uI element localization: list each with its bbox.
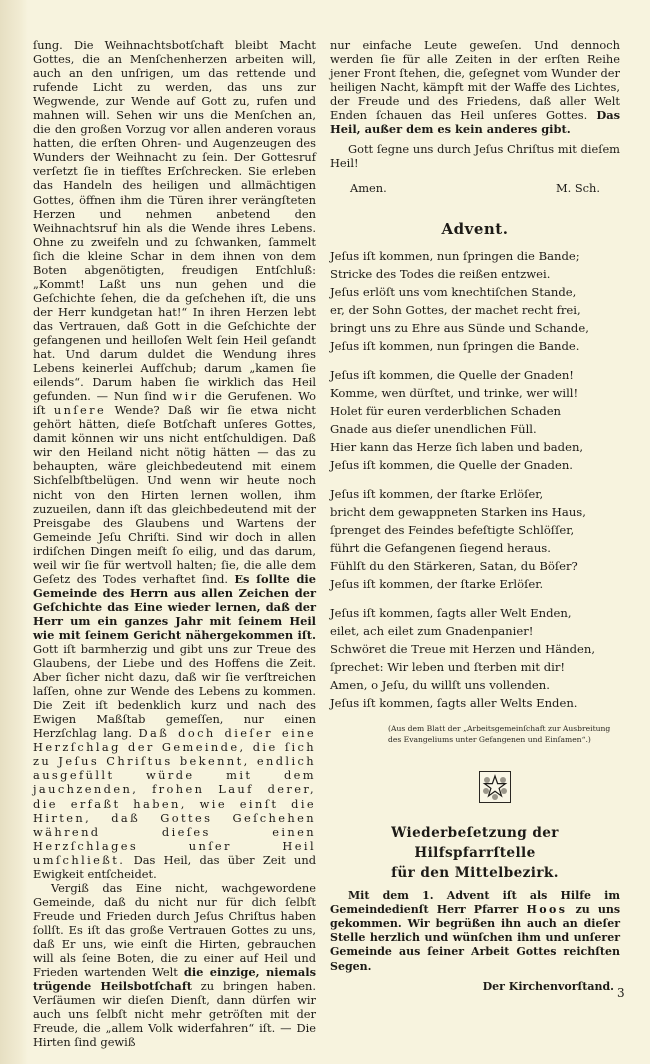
poem-line: ſprechet: Wir leben und ſterben mit dir!	[330, 658, 620, 676]
poem-stanza: Jeſus iſt kommen, ſagts aller Welt Enden…	[330, 604, 620, 712]
poem-stanza: Jeſus iſt kommen, der ſtarke Erlöſer, br…	[330, 485, 620, 593]
notice-title: Wiederbeſetzung der Hilfspfarrſtelle für…	[330, 823, 620, 883]
sermon-continuation: nur einfache Leute geweſen. Und dennoch …	[330, 38, 620, 136]
source-line: des Evangeliums unter Gefangenen und Ein…	[388, 734, 620, 745]
text-run: nur einfache Leute geweſen. Und dennoch …	[330, 38, 620, 122]
poem-line: Amen, o Jeſu, du willſt uns vollenden.	[330, 676, 620, 694]
spaced-emphasis: wir	[173, 389, 199, 403]
poem-line: Komme, wen dürſtet, und trinke, wer will…	[330, 384, 620, 402]
poem-line: Jeſus iſt kommen, der ſtarke Erlöſer.	[330, 575, 620, 593]
poem-stanza: Jeſus iſt kommen, nun ſpringen die Bande…	[330, 247, 620, 355]
star-emblem-icon	[479, 771, 511, 803]
poem-line: Jeſus iſt kommen, der ſtarke Erlöſer,	[330, 485, 620, 503]
poem-line: Jeſus iſt kommen, nun ſpringen die Bande…	[330, 337, 620, 355]
poem-line: führt die Gefangenen ſiegend heraus.	[330, 539, 620, 557]
poem-title: Advent.	[330, 222, 620, 236]
notice-body: Mit dem 1. Advent iſt als Hilfe im Gemei…	[330, 889, 620, 974]
emblem-wrap	[370, 771, 620, 803]
poem-line: Stricke des Todes die reißen entzwei.	[330, 265, 620, 283]
poem-line: Jeſus iſt kommen, die Quelle der Gnaden.	[330, 456, 620, 474]
poem-source: (Aus dem Blatt der „Arbeitsgemeinſchaft …	[388, 723, 620, 745]
poem-line: Jeſus iſt kommen, ſagts aller Welt Enden…	[330, 604, 620, 622]
poem-line: Jeſus iſt kommen, ſagts aller Welts Ende…	[330, 694, 620, 712]
poem-line: er, der Sohn Gottes, der machet recht fr…	[330, 301, 620, 319]
sermon-signature: Amen. M. Sch.	[330, 181, 620, 195]
poem-line: Fühlſt du den Stärkeren, Satan, du Böſer…	[330, 557, 620, 575]
poem-line: bricht dem gewappneten Starken ins Haus,	[330, 503, 620, 521]
notice-signature: Der Kirchenvorſtand.	[330, 980, 620, 994]
source-line: (Aus dem Blatt der „Arbeitsgemeinſchaft …	[388, 723, 620, 734]
text-run: ſung. Die Weihnachtsbotſchaft bleibt Mac…	[33, 38, 316, 403]
notice-title-line: für den Mittelbezirk.	[330, 863, 620, 883]
pastor-name: Hoos	[526, 903, 567, 916]
page-number: 3	[617, 986, 625, 1000]
poem-line: Jeſus iſt kommen, die Quelle der Gnaden!	[330, 366, 620, 384]
author-initials: M. Sch.	[556, 181, 600, 195]
poem-line: Hier kann das Herze ſich laben und baden…	[330, 438, 620, 456]
spaced-emphasis: Daß doch dieſer eine Herzſchlag der Geme…	[33, 726, 316, 866]
poem-line: bringt uns zu Ehre aus Sünde und Schande…	[330, 319, 620, 337]
sermon-paragraph-1: ſung. Die Weihnachtsbotſchaft bleibt Mac…	[33, 38, 316, 881]
text-run: Wende? Daß wir ſie etwa nicht gehört hät…	[33, 403, 316, 586]
left-column: ſung. Die Weihnachtsbotſchaft bleibt Mac…	[33, 38, 316, 1049]
poem-line: Holet für euren verderblichen Schaden	[330, 402, 620, 420]
notice-title-line: Wiederbeſetzung der Hilfspfarrſtelle	[330, 823, 620, 863]
amen: Amen.	[350, 181, 387, 195]
page-edge-shadow	[0, 0, 28, 1064]
poem-stanza: Jeſus iſt kommen, die Quelle der Gnaden!…	[330, 366, 620, 474]
poem-line: eilet, ach eilet zum Gnadenpanier!	[330, 622, 620, 640]
poem-line: Gnade aus dieſer unendlichen Füll.	[330, 420, 620, 438]
right-column: nur einfache Leute geweſen. Und dennoch …	[330, 38, 620, 994]
blessing: Gott ſegne uns durch Jeſus Chriſtus mit …	[330, 142, 620, 170]
poem-line: Jeſus iſt kommen, nun ſpringen die Bande…	[330, 247, 620, 265]
spaced-emphasis: unſere	[54, 403, 106, 417]
poem-line: Jeſus erlöſt uns vom knechtiſchen Stande…	[330, 283, 620, 301]
sermon-paragraph-2: Vergiß das Eine nicht, wachgewordene Gem…	[33, 881, 316, 1050]
poem-line: Schwöret die Treue mit Herzen und Händen…	[330, 640, 620, 658]
poem-line: ſprenget des Feindes befeſtigte Schlöſſe…	[330, 521, 620, 539]
